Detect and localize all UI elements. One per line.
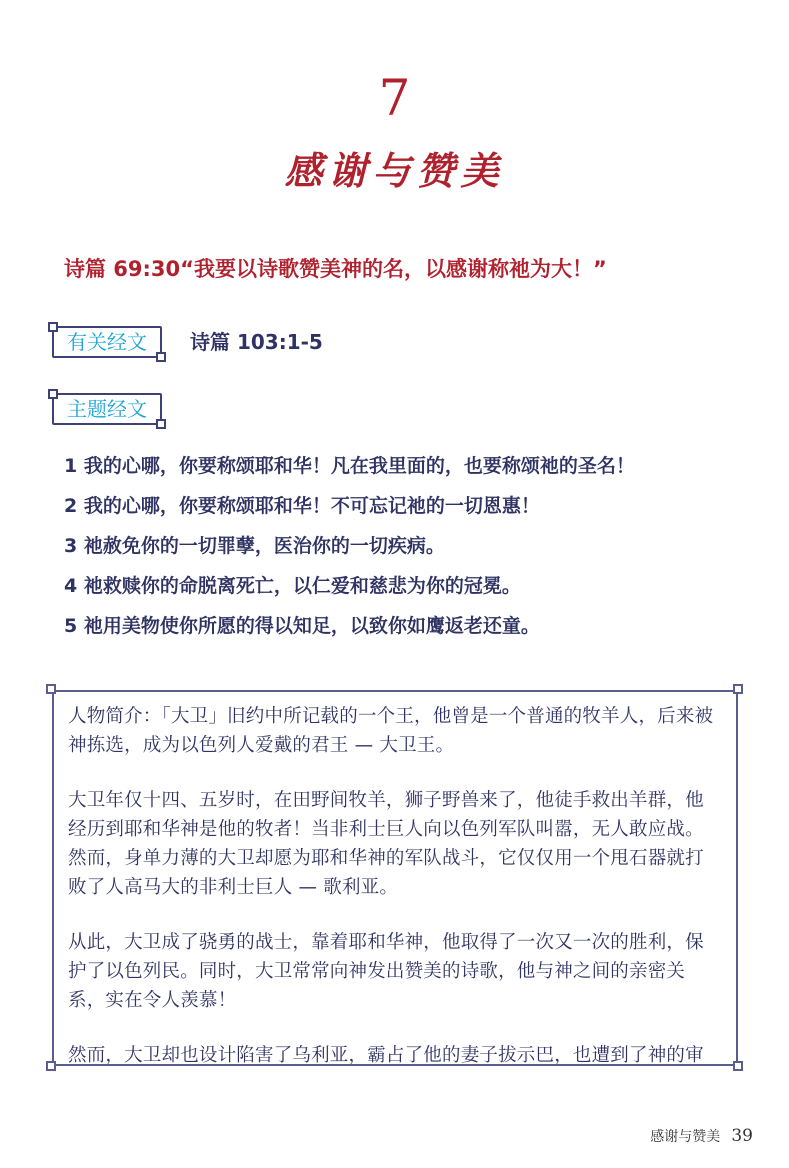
bio-paragraph: 大卫年仅十四、五岁时，在田野间牧羊，狮子野兽来了，他徒手救出羊群，他经历到耶和华…: [68, 786, 720, 902]
bio-paragraph: 从此，大卫成了骁勇的战士，靠着耶和华神，他取得了一次又一次的胜利，保护了以色列民…: [68, 928, 720, 1015]
footer-chapter-title: 感谢与赞美: [650, 1129, 720, 1145]
related-scripture-reference: 诗篇 103:1-5: [190, 327, 323, 357]
theme-scripture-label: 主题经文: [52, 393, 162, 425]
key-verse: 诗篇 69:30“我要以诗歌赞美神的名，以感谢称祂为大！”: [64, 254, 607, 284]
box-corner-ornament: [733, 1061, 743, 1071]
verse-2: 2 我的心哪，你要称颂耶和华！不可忘记祂的一切恩惠！: [64, 492, 764, 532]
page-number: 39: [731, 1126, 753, 1146]
theme-verses: 1 我的心哪，你要称颂耶和华！凡在我里面的，也要称颂祂的圣名！ 2 我的心哪，你…: [64, 452, 764, 652]
verse-3: 3 祂赦免你的一切罪孽，医治你的一切疾病。: [64, 532, 764, 572]
verse-5: 5 祂用美物使你所愿的得以知足，以致你如鹰返老还童。: [64, 612, 764, 652]
box-corner-ornament: [46, 1061, 56, 1071]
verse-1: 1 我的心哪，你要称颂耶和华！凡在我里面的，也要称颂祂的圣名！: [64, 452, 764, 492]
page-footer: 感谢与赞美 39: [650, 1126, 753, 1146]
verse-4: 4 祂救赎你的命脱离死亡，以仁爱和慈悲为你的冠冕。: [64, 572, 764, 612]
chapter-number: 7: [0, 68, 789, 128]
bio-paragraph: 人物简介：「大卫」旧约中所记载的一个王，他曾是一个普通的牧羊人，后来被神拣选，成…: [68, 702, 720, 760]
chapter-title: 感谢与赞美: [0, 146, 789, 196]
bio-paragraph: 然而，大卫却也设计陷害了乌利亚，霸占了他的妻子拔示巴，也遭到了神的审判与惩罚（请…: [68, 1041, 720, 1066]
box-corner-ornament: [733, 684, 743, 694]
box-corner-ornament: [46, 684, 56, 694]
character-bio-box: 人物简介：「大卫」旧约中所记载的一个王，他曾是一个普通的牧羊人，后来被神拣选，成…: [52, 690, 738, 1066]
related-scripture-label: 有关经文: [52, 326, 162, 358]
